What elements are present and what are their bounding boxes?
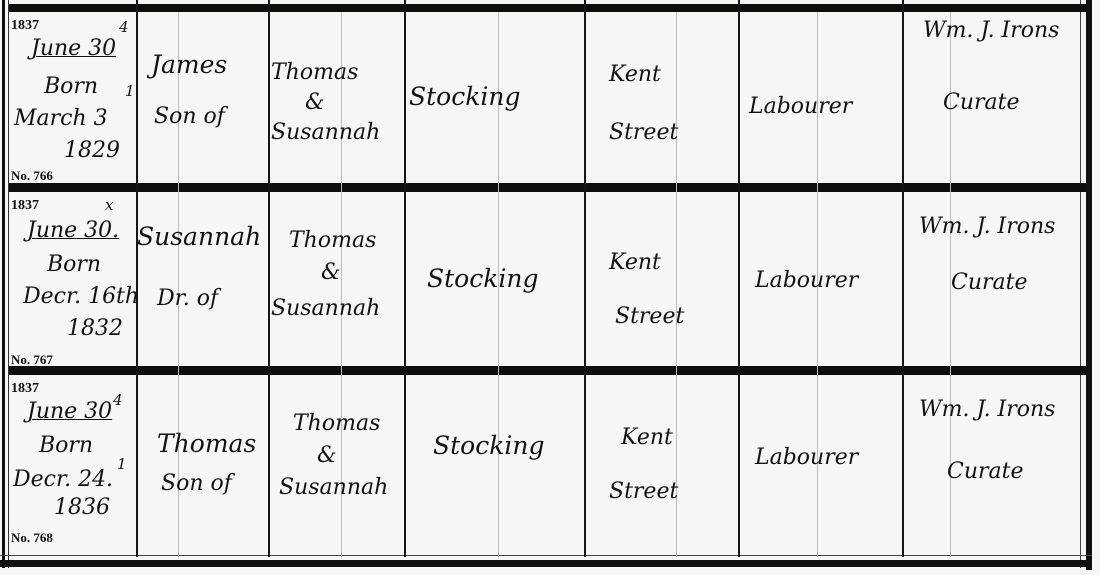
- child-relation: Son of: [161, 471, 232, 496]
- birth-date: Decr. 16th: [23, 284, 139, 309]
- right-border: [1086, 0, 1092, 570]
- margin-mark: 4: [113, 391, 123, 409]
- register-entry: 1837 4 June 30 Born 1 March 3 1829 No. 7…: [9, 12, 1080, 183]
- born-mark: 1: [125, 82, 135, 100]
- abode-line-2: Street: [615, 304, 684, 329]
- officiant-name: Wm. J. Irons: [919, 397, 1055, 422]
- register-entry: 1837 x June 30. Born Decr. 16th 1832 No.…: [9, 192, 1080, 366]
- baptism-date: June 30.: [27, 218, 119, 243]
- child-name: Thomas: [157, 429, 256, 458]
- surname: Stocking: [409, 82, 520, 111]
- parent-mother: Susannah: [271, 120, 380, 145]
- entry-number: No. 766: [11, 168, 53, 184]
- officiant-name: Wm. J. Irons: [923, 18, 1059, 43]
- register-entry: 1837 4 June 30 Born 1 Decr. 24. 1836 No.…: [9, 375, 1080, 555]
- parent-father: Thomas: [293, 411, 380, 436]
- parent-mother: Susannah: [271, 296, 380, 321]
- birth-date: Decr. 24.: [13, 467, 113, 492]
- officiant-title: Curate: [947, 459, 1024, 484]
- trade: Labourer: [749, 94, 852, 119]
- officiant-title: Curate: [943, 90, 1020, 115]
- birth-date: March 3: [14, 106, 108, 131]
- parent-father: Thomas: [271, 60, 358, 85]
- abode-line-1: Kent: [609, 250, 661, 275]
- entry-year: 1837: [11, 381, 39, 397]
- trade: Labourer: [755, 268, 858, 293]
- left-border: [2, 0, 5, 568]
- child-name: James: [151, 50, 227, 79]
- entry-number: No. 767: [11, 352, 53, 368]
- abode-line-1: Kent: [621, 425, 673, 450]
- officiant-title: Curate: [951, 270, 1028, 295]
- margin-mark: 4: [119, 18, 129, 36]
- birth-year: 1836: [54, 495, 110, 520]
- entry-number: No. 768: [11, 530, 53, 546]
- officiant-name: Wm. J. Irons: [919, 214, 1055, 239]
- abode-line-2: Street: [609, 479, 678, 504]
- right-border-inner: [1080, 0, 1081, 568]
- bottom-border: [0, 560, 1092, 567]
- entry-year: 1837: [11, 198, 39, 214]
- entry-year: 1837: [11, 18, 39, 34]
- born-label: Born: [47, 252, 101, 277]
- parent-mother: Susannah: [279, 475, 388, 500]
- baptism-date: June 30: [31, 36, 116, 61]
- child-relation: Son of: [154, 104, 225, 129]
- child-name: Susannah: [137, 222, 261, 251]
- parent-ampersand: &: [321, 260, 341, 285]
- surname: Stocking: [427, 264, 538, 293]
- birth-year: 1832: [67, 316, 123, 341]
- register-page: 1837 4 June 30 Born 1 March 3 1829 No. 7…: [0, 0, 1100, 575]
- parent-ampersand: &: [317, 443, 337, 468]
- surname: Stocking: [433, 431, 544, 460]
- born-label: Born: [39, 433, 93, 458]
- row-divider-2: [9, 366, 1086, 375]
- child-relation: Dr. of: [157, 286, 218, 311]
- row-divider-top: [9, 4, 1086, 12]
- baptism-date: June 30: [27, 399, 112, 424]
- parent-father: Thomas: [289, 228, 376, 253]
- row-divider-1: [9, 183, 1086, 192]
- margin-mark: x: [105, 196, 113, 214]
- abode-line-1: Kent: [609, 62, 661, 87]
- bottom-rule: [0, 555, 1092, 556]
- born-label: Born: [44, 74, 98, 99]
- parent-ampersand: &: [305, 90, 325, 115]
- abode-line-2: Street: [609, 120, 678, 145]
- trade: Labourer: [755, 445, 858, 470]
- birth-year: 1829: [64, 138, 120, 163]
- born-mark: 1: [117, 455, 127, 473]
